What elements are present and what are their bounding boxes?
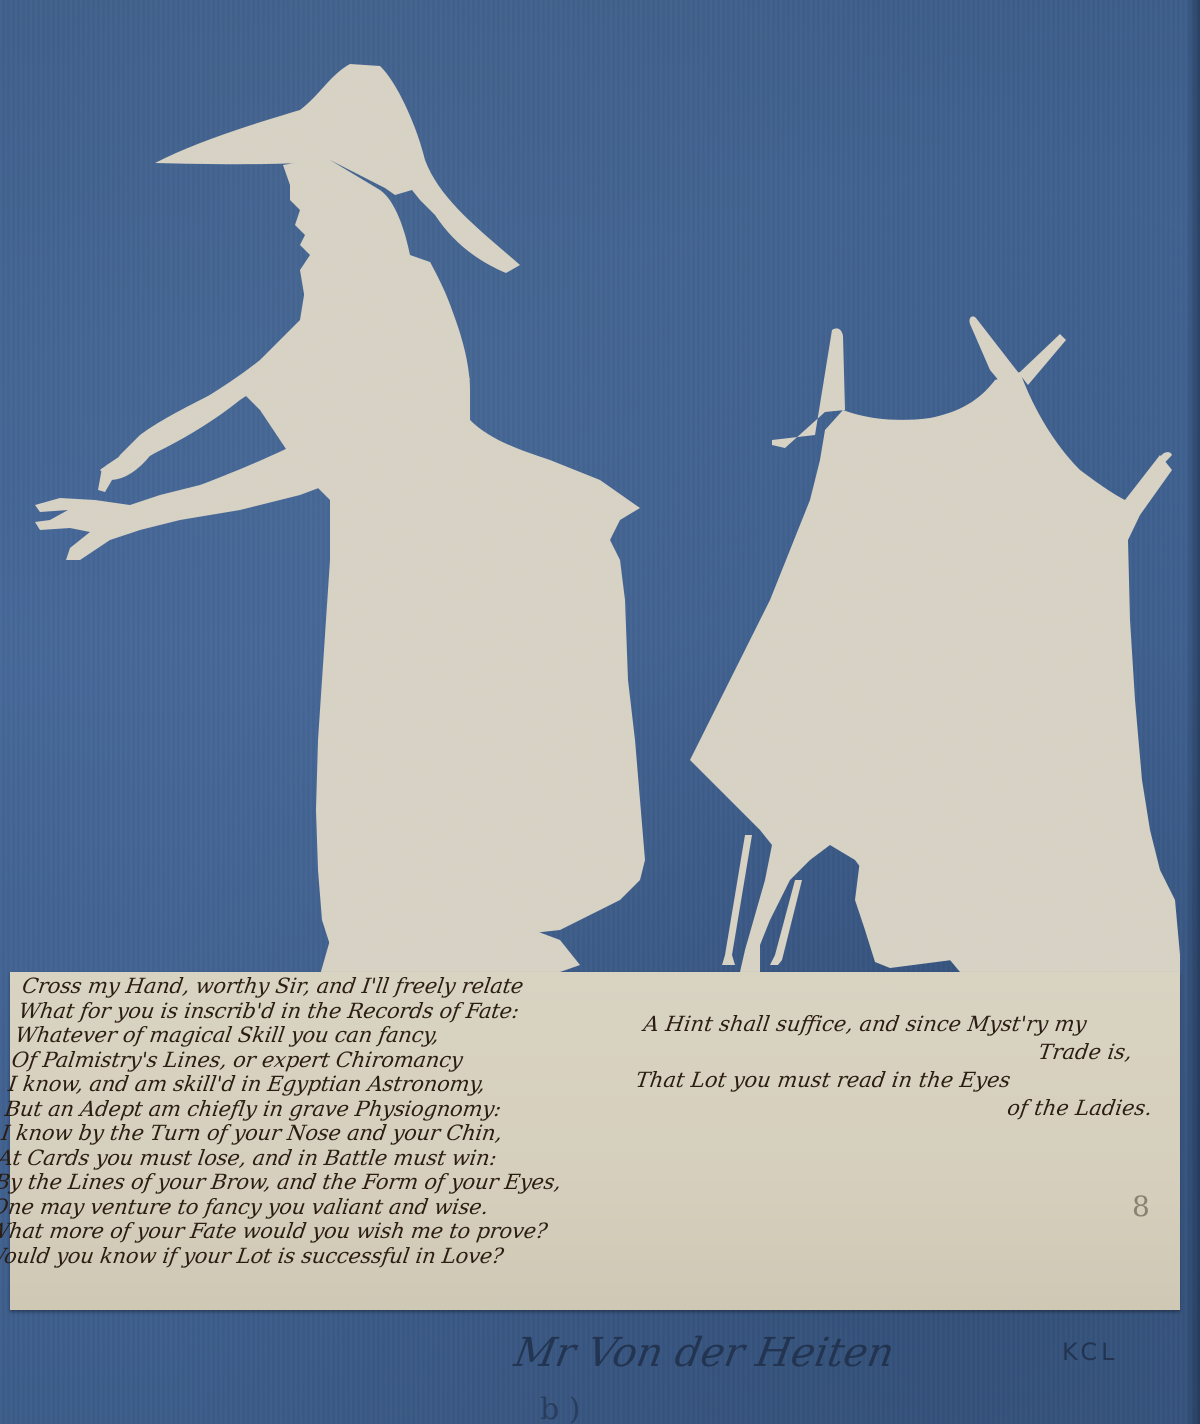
verse-line: But an Adept am chiefly in grave Physiog… (3, 1097, 646, 1122)
verse-line: I know, and am skill'd in Egyptian Astro… (7, 1072, 650, 1097)
verse-line: By the Lines of your Brow, and the Form … (0, 1170, 636, 1195)
verse-line: Of Palmistry's Lines, or expert Chiroman… (10, 1048, 653, 1073)
verse-line: One may venture to fancy you valiant and… (0, 1195, 633, 1220)
verse-line: Whatever of magical Skill you can fancy, (14, 1023, 657, 1048)
verse-line: Would you know if your Lot is successful… (0, 1244, 626, 1269)
verse-line: What for you is inscrib'd in the Records… (17, 999, 660, 1024)
verse-line: of the Ladies. (630, 1094, 1164, 1122)
verse-line: That Lot you must read in the Eyes (634, 1066, 1168, 1094)
margin-pencil-mark: 8 (1132, 1190, 1150, 1223)
attribution-caption: Mr Von der Heiten (511, 1330, 898, 1376)
verse-line: What more of your Fate would you wish me… (0, 1219, 630, 1244)
verse-line: I know by the Turn of your Nose and your… (0, 1121, 643, 1146)
verse-right-column: A Hint shall suffice, and since Myst'ry … (630, 1010, 1176, 1122)
lower-pencil-mark: b ) (540, 1392, 580, 1424)
fortune-teller-silhouette (35, 64, 645, 975)
verse-line: Trade is, (638, 1038, 1172, 1066)
verse-line: At Cards you must lose, and in Battle mu… (0, 1146, 640, 1171)
catalogue-code: KCL (1062, 1338, 1119, 1366)
verse-line: A Hint shall suffice, and since Myst'ry … (642, 1010, 1176, 1038)
verse-left-column: Cross my Hand, worthy Sir, and I'll free… (0, 974, 664, 1268)
verse-line: Cross my Hand, worthy Sir, and I'll free… (21, 974, 664, 999)
client-coat-silhouette (690, 316, 1180, 972)
verse-paper-strip: Cross my Hand, worthy Sir, and I'll free… (10, 972, 1180, 1310)
